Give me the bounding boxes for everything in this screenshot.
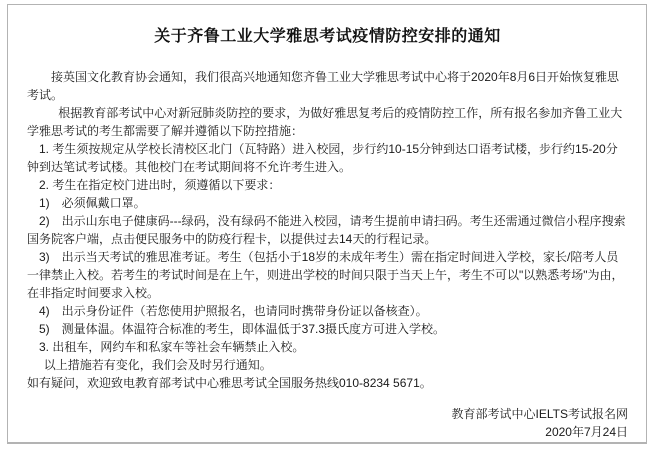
notice-paragraph: 根据教育部考试中心对新冠肺炎防控的要求，为做好雅思复考后的疫情防控工作，所有报名… bbox=[27, 104, 628, 140]
notice-page: 关于齐鲁工业大学雅思考试疫情防控安排的通知 接英国文化教育协会通知，我们很高兴地… bbox=[0, 0, 659, 454]
notice-paragraph: 3) 出示当天考试的雅思准考证。考生（包括小于18岁的未成年考生）需在指定时间进… bbox=[27, 248, 628, 302]
notice-paragraph: 如有疑问，欢迎致电教育部考试中心雅思考试全国服务热线010-8234 5671。 bbox=[27, 374, 628, 392]
signature-block: 教育部考试中心IELTS考试报名网 2020年7月24日 bbox=[27, 405, 628, 441]
notice-title: 关于齐鲁工业大学雅思考试疫情防控安排的通知 bbox=[27, 23, 628, 46]
notice-paragraph: 接英国文化教育协会通知，我们很高兴地通知您齐鲁工业大学雅思考试中心将于2020年… bbox=[27, 68, 628, 104]
notice-paragraph: 1) 必须佩戴口罩。 bbox=[27, 194, 628, 212]
notice-body: 接英国文化教育协会通知，我们很高兴地通知您齐鲁工业大学雅思考试中心将于2020年… bbox=[27, 68, 628, 392]
notice-frame: 关于齐鲁工业大学雅思考试疫情防控安排的通知 接英国文化教育协会通知，我们很高兴地… bbox=[7, 4, 647, 444]
notice-paragraph: 1. 考生须按规定从学校长清校区北门（瓦特路）进入校园，步行约10-15分钟到达… bbox=[27, 140, 628, 176]
notice-paragraph: 5) 测量体温。体温符合标准的考生，即体温低于37.3摄氏度方可进入学校。 bbox=[27, 320, 628, 338]
signature-org: 教育部考试中心IELTS考试报名网 bbox=[27, 405, 628, 423]
notice-paragraph: 4) 出示身份证件（若您使用护照报名，也请同时携带身份证以备核查）。 bbox=[27, 302, 628, 320]
notice-paragraph: 2) 出示山东电子健康码---绿码，没有绿码不能进入校园，请考生提前申请扫码。考… bbox=[27, 212, 628, 248]
notice-paragraph: 3. 出租车，网约车和私家车等社会车辆禁止入校。 bbox=[27, 338, 628, 356]
notice-paragraph: 以上措施若有变化，我们会及时另行通知。 bbox=[27, 356, 628, 374]
notice-paragraph: 2. 考生在指定校门进出时，须遵循以下要求： bbox=[27, 176, 628, 194]
signature-date: 2020年7月24日 bbox=[27, 423, 628, 441]
